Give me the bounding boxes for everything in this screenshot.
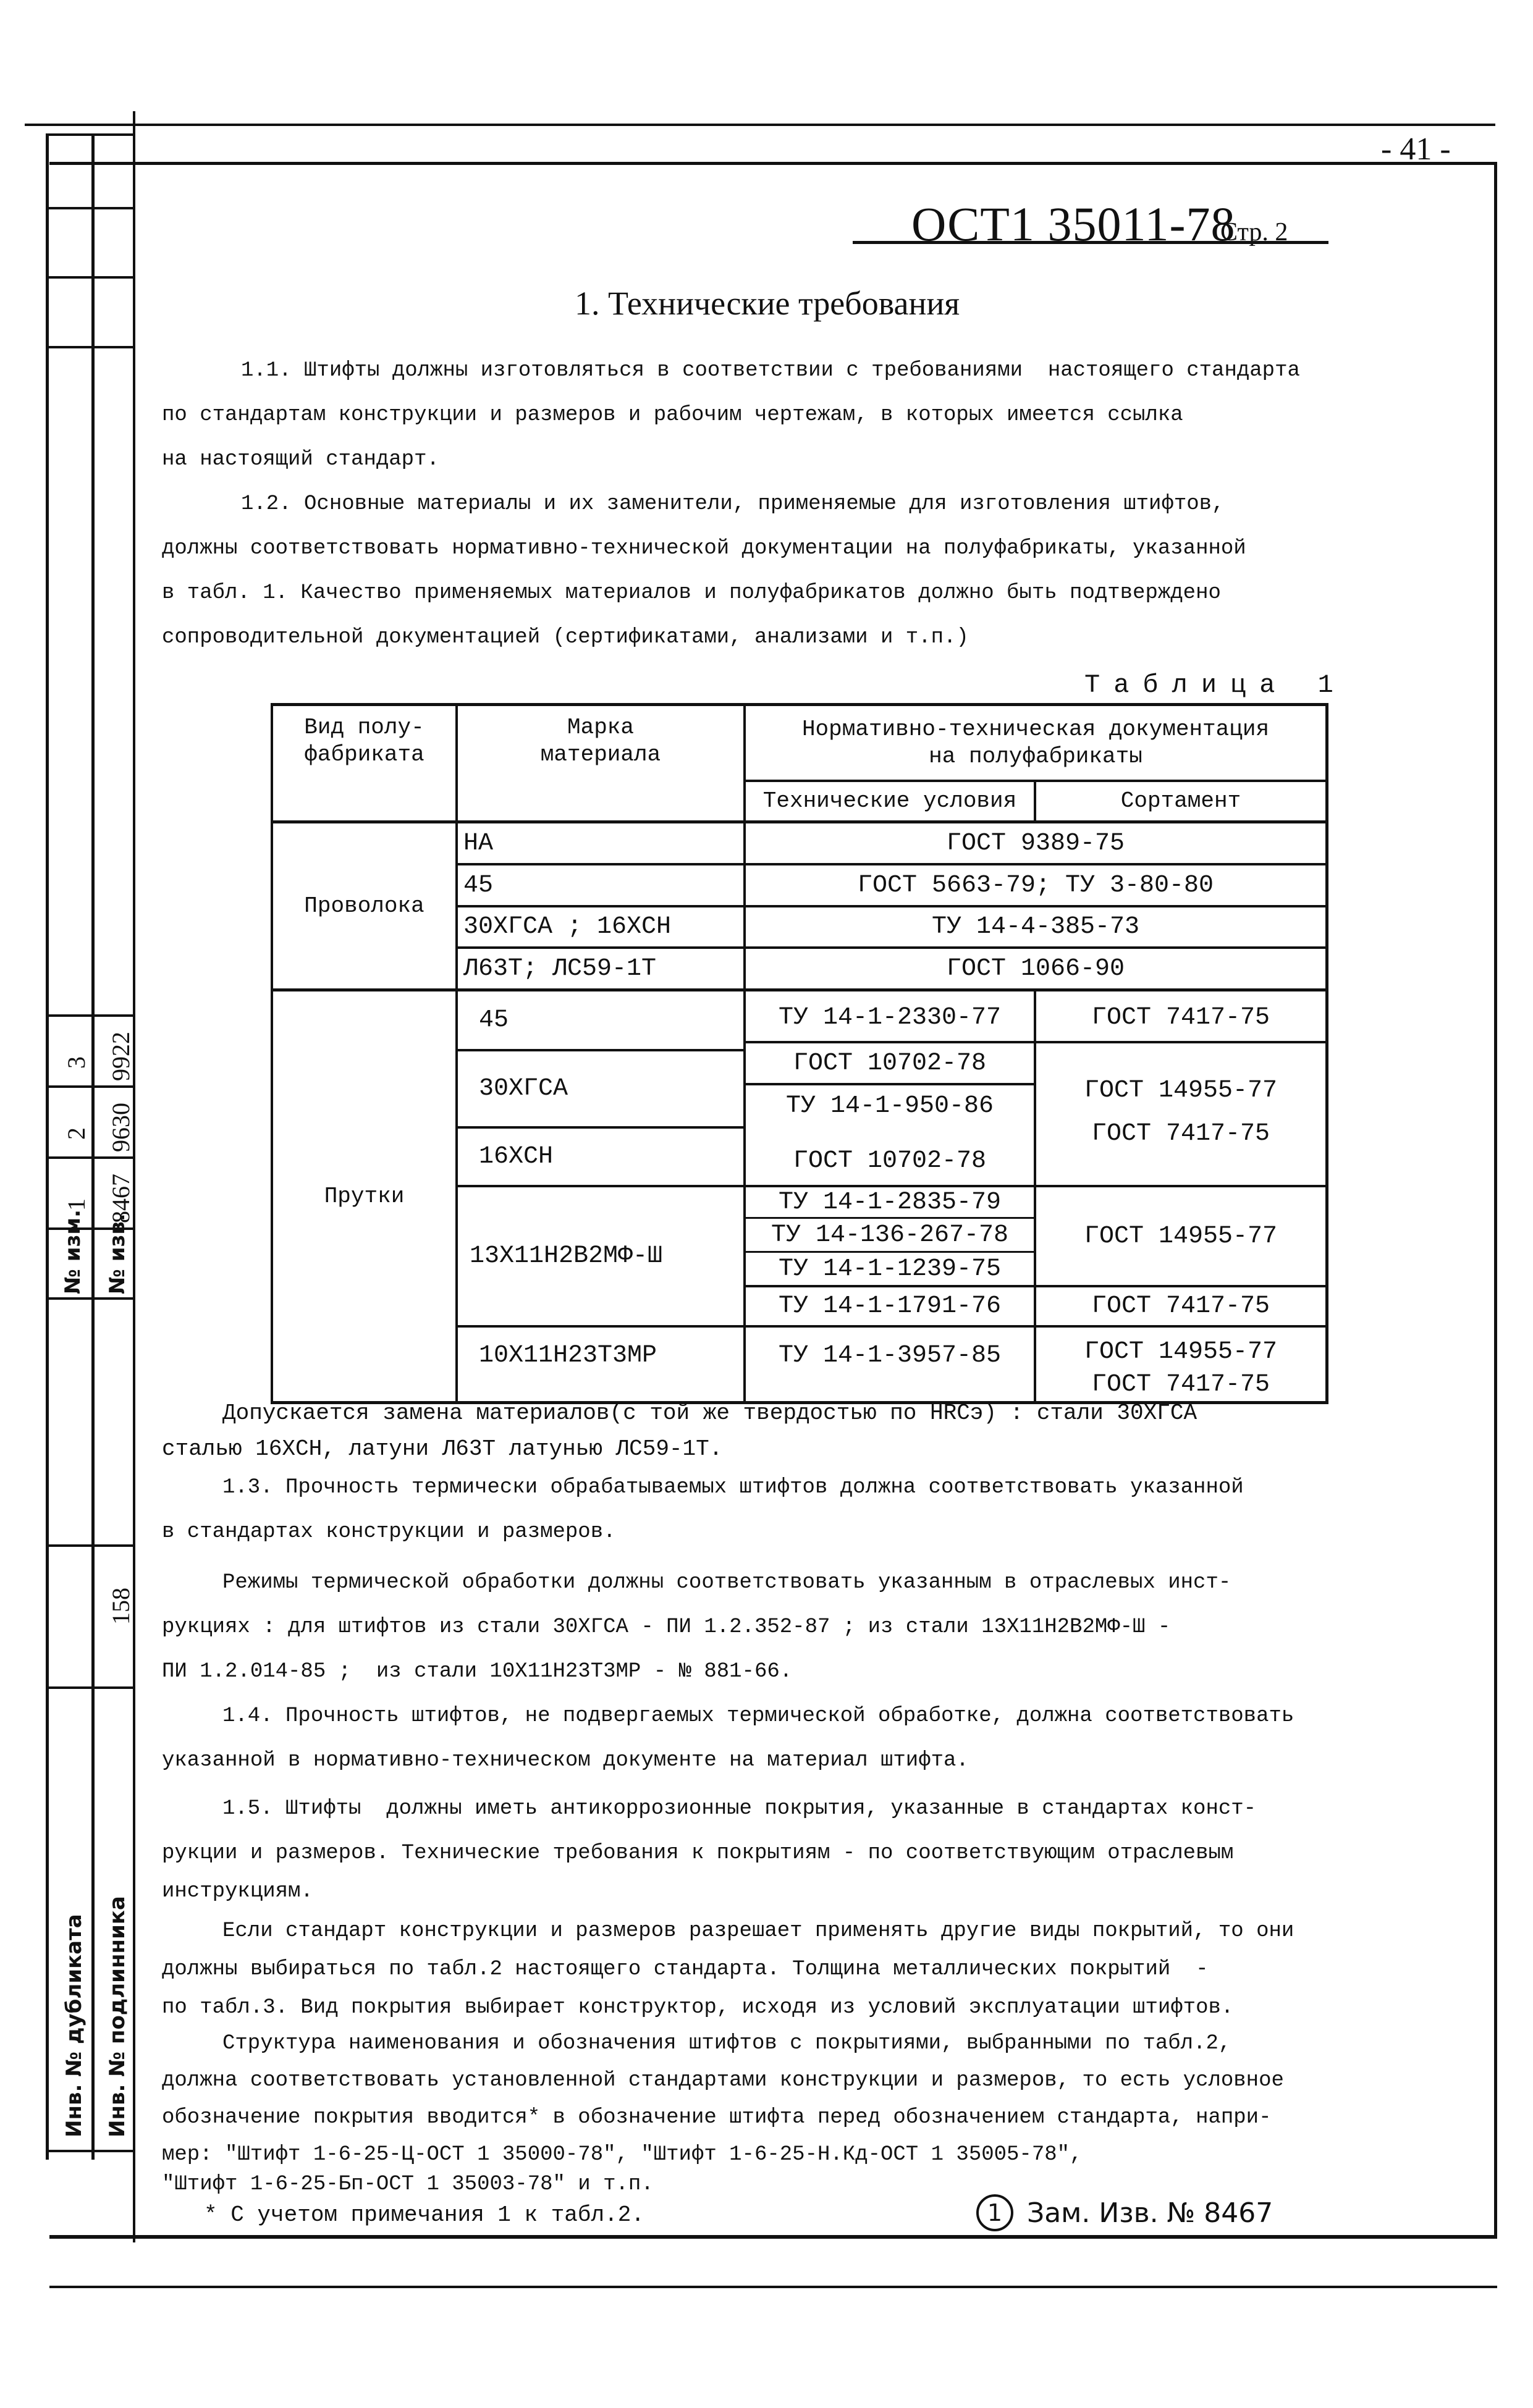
paragraph-1-2-line: сопроводительной документацией (сертифик… [162, 615, 969, 660]
paragraph-1-2-line: должны соответствовать нормативно-технич… [162, 526, 1246, 571]
tech-conditions-cell: ТУ 14-1-3957-85 [746, 1328, 1034, 1383]
table-border [271, 703, 1327, 706]
tech-conditions-cell: ТУ 14-1-2835-79 [746, 1187, 1034, 1217]
material-cell: 10Х11Н23Т3МР [479, 1328, 741, 1383]
revision-number-circle: 1 [976, 2194, 1013, 2231]
paragraph-1-2-line: 1.2. Основные материалы и их заменители,… [241, 482, 1224, 526]
header-tech-conditions: Технические условия [746, 782, 1034, 820]
header-material-grade: Марка материала [458, 707, 743, 775]
revision-mark: 1 Зам. Изв. № 8467 [976, 2194, 1273, 2231]
paragraph-1-4-line: указанной в нормативно-техническом докум… [162, 1738, 969, 1783]
assortment-cell: ГОСТ 7417-75 [1036, 1112, 1325, 1155]
assortment-cell: ГОСТ 14955-77 [1036, 1187, 1325, 1285]
tech-conditions-cell: ТУ 14-136-267-78 [746, 1219, 1034, 1251]
heat-treatment-line: рукциях : для штифтов из стали 30ХГСА - … [162, 1605, 1170, 1649]
paragraph-1-3-line: в стандартах конструкции и размеров. [162, 1510, 616, 1554]
stamp-line [46, 276, 135, 279]
section-title: 1. Технические требования [575, 284, 960, 322]
stamp-line [46, 207, 135, 209]
stamp-line [46, 1686, 135, 1689]
top-scan-edge [25, 124, 1495, 126]
material-cell: 45 [463, 865, 741, 905]
table-border [455, 703, 458, 1404]
material-cell: 30ХГСА ; 16ХСН [463, 907, 741, 946]
assortment-cell: ГОСТ 7417-75 [1036, 1287, 1325, 1325]
stamp-outer-line [46, 133, 49, 2160]
paragraph-1-1-line: 1.1. Штифты должны изготовляться в соотв… [241, 348, 1300, 393]
material-cell: 16ХСН [479, 1129, 741, 1185]
change-number-3: 3 [62, 1056, 91, 1069]
paragraph-1-5-line: инструкциям. [162, 1869, 313, 1914]
change-number-2: 2 [62, 1127, 91, 1140]
header-semi-product-type: Вид полу- фабриката [273, 707, 455, 775]
material-cell: 45 [479, 991, 741, 1049]
substitution-note-line: Допускается замена материалов(с той же т… [222, 1395, 1197, 1432]
inventory-number: 158 [106, 1588, 135, 1625]
tech-conditions-cell: ТУ 14-1-2330-77 [746, 995, 1034, 1041]
label-duplicate-inventory: Инв. № дубликата [62, 1914, 87, 2137]
assortment-cell: ГОСТ 14955-77 [1036, 1334, 1325, 1369]
group-type-rods: Прутки [273, 991, 455, 1401]
stamp-line [46, 2150, 135, 2152]
tech-conditions-cell: ГОСТ 10702-78 [746, 1043, 1034, 1083]
material-cell: 30ХГСА [479, 1051, 741, 1126]
paragraph-1-5-line: 1.5. Штифты должны иметь антикоррозионны… [222, 1787, 1256, 1831]
tech-conditions-cell: ТУ 14-1-1791-76 [746, 1287, 1034, 1325]
header-normative-docs: Нормативно-техническая документация на п… [746, 707, 1325, 778]
paragraph-1-3-line: 1.3. Прочность термически обрабатываемых… [222, 1465, 1244, 1510]
label-change-number: № изм. [61, 1210, 85, 1294]
paragraph-1-5-line: рукции и размеров. Технические требовани… [162, 1831, 1233, 1875]
footnote: * С учетом примечания 1 к табл.2. [204, 2202, 644, 2228]
page-number: - 41 - [1381, 131, 1451, 167]
material-cell: 13Х11Н2В2МФ-Ш [470, 1187, 741, 1325]
substitution-note-line: сталью 16ХСН, латуни Л63Т латунью ЛС59-1… [162, 1431, 722, 1468]
heat-treatment-line: Режимы термической обработки должны соот… [222, 1560, 1231, 1605]
structure-line: "Штифт 1-6-25-Бп-ОСТ 1 35003-78" и т.п. [162, 2162, 654, 2207]
stamp-line [46, 346, 135, 348]
stamp-middle-line [91, 133, 95, 2160]
paragraph-1-1-line: по стандартам конструкции и размеров и р… [162, 393, 1183, 437]
tech-conditions-cell: ТУ 14-1-1239-75 [746, 1253, 1034, 1285]
tech-conditions-cell: ГОСТ 10702-78 [746, 1137, 1034, 1185]
revision-notice-text: Зам. Изв. № 8467 [1027, 2197, 1273, 2229]
assortment-cell: ГОСТ 14955-77 [1036, 1069, 1325, 1112]
material-cell: Л63Т; ЛС59-1Т [463, 949, 741, 988]
notice-number-9922: 9922 [106, 1032, 135, 1081]
stamp-line [46, 1014, 135, 1017]
frame-right-border [1494, 162, 1497, 2238]
table-caption: Таблица 1 [1084, 670, 1347, 700]
paragraph-1-2-line: в табл. 1. Качество применяемых материал… [162, 571, 1221, 615]
header-assortment: Сортамент [1036, 782, 1325, 820]
frame-top-border [49, 162, 1495, 165]
notice-number-9630: 9630 [106, 1103, 135, 1152]
label-original-inventory: Инв. № подлинника [105, 1896, 130, 2137]
assortment-cell: ГОСТ 7417-75 [1036, 995, 1325, 1041]
table-border [1325, 703, 1328, 1404]
stamp-line [46, 1085, 135, 1088]
bottom-scan-edge [49, 2286, 1497, 2288]
group-type-wire: Проволока [273, 823, 455, 988]
docs-cell: ГОСТ 5663-79; ТУ 3-80-80 [746, 865, 1325, 905]
docs-cell: ГОСТ 9389-75 [746, 823, 1325, 863]
label-notice-number: № изв. [105, 1213, 130, 1294]
stamp-line [46, 1297, 135, 1300]
stamp-line [46, 1544, 135, 1547]
docs-cell: ГОСТ 1066-90 [746, 949, 1325, 988]
document-code-underline [853, 241, 1328, 244]
material-cell: НА [463, 823, 741, 863]
stamp-line [46, 1156, 135, 1159]
docs-cell: ТУ 14-4-385-73 [746, 907, 1325, 946]
paragraph-1-4-line: 1.4. Прочность штифтов, не подвергаемых … [222, 1694, 1294, 1738]
frame-bottom-border [49, 2235, 1497, 2239]
heat-treatment-line: ПИ 1.2.014-85 ; из стали 10Х11Н23Т3МР - … [162, 1649, 792, 1694]
stamp-line [46, 133, 135, 136]
tech-conditions-cell: ТУ 14-1-950-86 [746, 1085, 1034, 1126]
paragraph-1-1-line: на настоящий стандарт. [162, 437, 439, 482]
